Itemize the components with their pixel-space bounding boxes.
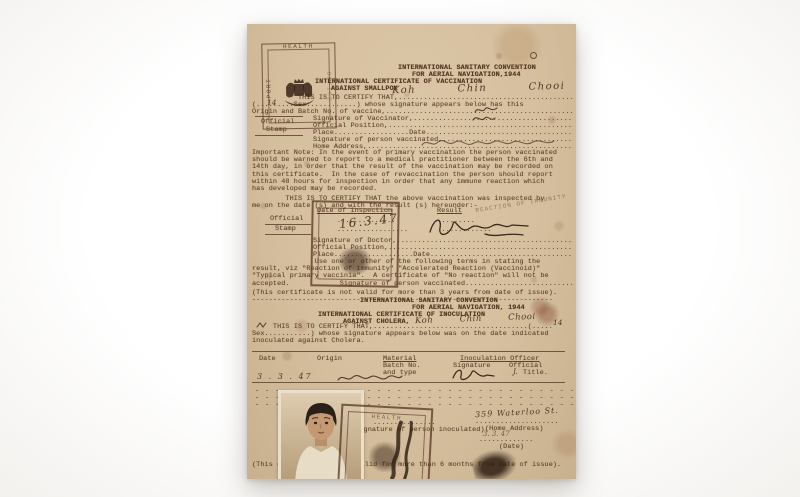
cholera-table-bottom-rule (252, 382, 565, 383)
vaccinator-signature-scribble (471, 114, 497, 124)
certificate-document: HEALTH PORT OFFICE INTERNATIONAL SANITAR… (247, 24, 576, 479)
cert1-header-line4: AGAINST SMALLPOX (331, 86, 398, 93)
cholera-title-handwritten: J. (513, 368, 518, 376)
inspection-stamp-label-2: Stamp (275, 226, 296, 233)
coat-of-arms-icon (280, 78, 319, 109)
cholera-material-handwriting-scribble (335, 371, 405, 385)
inspection-stamp-rule-2 (265, 234, 311, 235)
inspection-stamp-emblem (338, 247, 370, 276)
official-stamp-rule-bottom (255, 135, 303, 136)
address-handwriting-scribble (419, 136, 557, 150)
cholera-date-handwritten: 3 . 3 . 47 (257, 372, 313, 381)
important-note-paragraph: Important Note: In the event of primary … (252, 150, 557, 193)
port-health-stamp: HEALTH PORT OFFICE (261, 42, 336, 129)
cholera-table-top-rule (252, 351, 565, 352)
ink-blot (470, 445, 520, 479)
cert2-handwritten-age: 14 (553, 318, 563, 327)
terms-paragraph: Use one or other of the following terms … (252, 259, 574, 288)
bottom-date-handwritten: 3. 3. 47 (483, 430, 510, 438)
inspection-col-result: Result (437, 208, 462, 215)
port-health-stamp-top-label: HEALTH (262, 42, 334, 50)
cert2-sex-handwriting-scribble (255, 321, 269, 329)
inspection-result-signature (425, 216, 531, 240)
port-health-stamp-right-label: OFFICE (325, 67, 333, 107)
cholera-col-title: Title. (523, 370, 548, 377)
cholera-officer-signature-scribble (449, 367, 497, 383)
cert2-inoculated-line: inoculated against Cholera. (252, 338, 365, 345)
punch-hole (530, 52, 537, 59)
cholera-col-date: Date (259, 356, 276, 363)
cholera-col-origin: Origin (317, 356, 342, 363)
scan-background: HEALTH PORT OFFICE INTERNATIONAL SANITAR… (0, 0, 800, 497)
cert1-handwritten-age: 14 (267, 98, 277, 107)
inspection-stamp-label-1: Official (270, 216, 303, 223)
